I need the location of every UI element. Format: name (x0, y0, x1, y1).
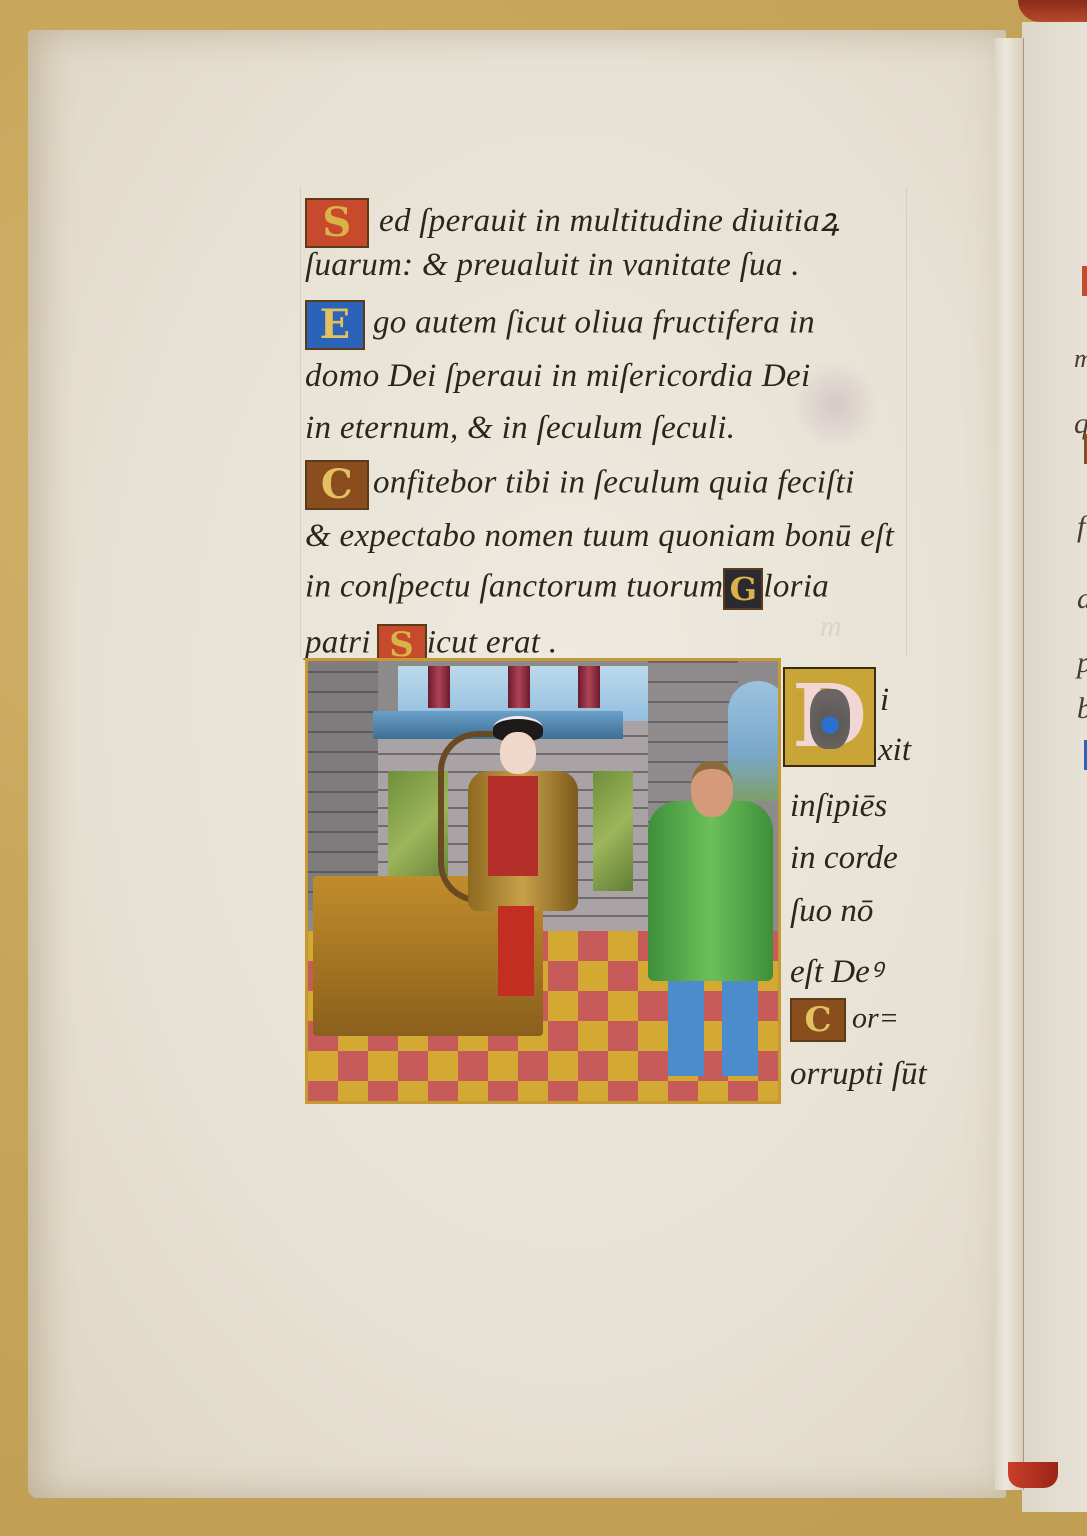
side-line-with-initial: Cor= (790, 998, 899, 1042)
line-text: domo Dei ſperaui in miſericordia Dei (305, 358, 810, 394)
side-line: xit (878, 732, 911, 769)
binding-edge-top (1018, 0, 1087, 22)
facing-page: m q f a p b (1022, 22, 1087, 1512)
text-line-1: Sed ſperauit in multitudine diuitiaꝝ (305, 196, 839, 248)
fool-head (691, 761, 733, 817)
side-line: in corde (790, 840, 898, 877)
fly-icon (810, 689, 850, 749)
fool-figure (643, 761, 773, 1091)
king-legs (498, 906, 534, 996)
initial-c-brown: C (305, 460, 369, 510)
line-text: ed ſperauit in multitudine diuitiaꝝ (379, 203, 839, 239)
line-text: patri (305, 625, 371, 661)
king-doublet (488, 776, 538, 876)
binding-edge-bottom (1008, 1462, 1058, 1488)
side-line-text: or= (852, 1002, 899, 1035)
initial-d-with-fly: D (783, 667, 876, 767)
initial-c-brown-small: C (790, 998, 846, 1042)
stone-wall-left (308, 661, 378, 911)
facing-page-letter: p (1077, 646, 1087, 680)
facing-page-letter: m (1074, 344, 1087, 374)
text-line-4: domo Dei ſperaui in miſericordia Dei (305, 358, 810, 395)
line-text-after: loria (763, 569, 829, 605)
column (428, 666, 450, 708)
page-gutter (995, 38, 1024, 1490)
side-line: ſuo nō (790, 893, 873, 930)
text-line-3: Ego autem ſicut oliua fructifera in (305, 300, 815, 350)
line-text: go autem ſicut oliua fructifera in (373, 305, 815, 341)
initial-s-red: S (305, 198, 369, 248)
text-line-8: in conſpectu ſanctorum tuorumGloria (305, 568, 829, 610)
fool-green-coat (648, 801, 773, 981)
line-text: & expectabo nomen tuum quoniam bonū eſt (305, 518, 894, 554)
column (508, 666, 530, 708)
line-text: onfitebor tibi in ſeculum quia feciſti (373, 465, 855, 501)
fool-legs (668, 976, 758, 1076)
line-text-after: icut erat . (427, 625, 558, 661)
text-line-5: in eternum, & in ſeculum ſeculi. (305, 410, 735, 447)
facing-page-letter: a (1077, 582, 1087, 616)
initial-g-black: G (723, 568, 763, 610)
miniature-painting (305, 658, 781, 1104)
line-text: ſuarum: & preualuit in vanitate ſua . (305, 247, 800, 283)
side-line: i (880, 682, 889, 719)
facing-page-letter: f (1077, 510, 1085, 544)
facing-page-letter: b (1077, 692, 1087, 726)
text-line-6: Confitebor tibi in ſeculum quia feciſti (305, 460, 855, 510)
column (578, 666, 600, 708)
text-line-2: ſuarum: & preualuit in vanitate ſua . (305, 247, 800, 284)
marble-panel (593, 771, 633, 891)
side-line: inſipiēs (790, 788, 887, 825)
text-line-7: & expectabo nomen tuum quoniam bonū eſt (305, 518, 894, 555)
side-line: orrupti ſūt (790, 1056, 927, 1093)
line-text: in eternum, & in ſeculum ſeculi. (305, 410, 735, 446)
facing-page-initial-red (1082, 266, 1087, 296)
king-figure (458, 716, 578, 996)
side-line: eſt Deꝰ (790, 947, 882, 992)
king-face (500, 732, 536, 774)
line-text: in conſpectu ſanctorum tuorum (305, 569, 723, 605)
initial-e-blue: E (305, 300, 365, 350)
